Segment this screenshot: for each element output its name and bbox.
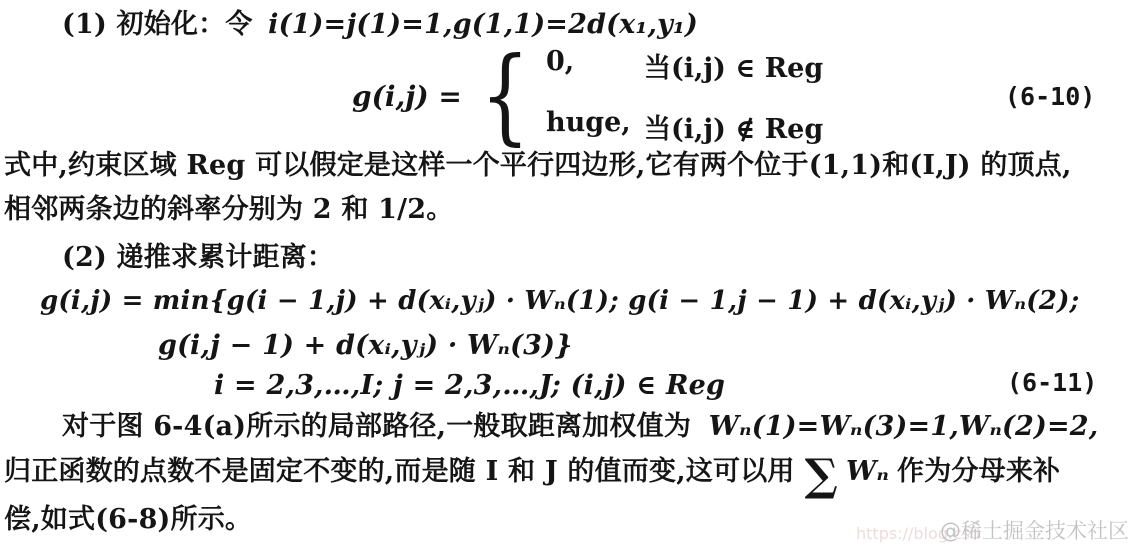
eq-6-11-line3: i = 2,3,…,I; j = 2,3,…,J; (i,j) ∈ Reg	[214, 369, 725, 403]
weights-line2-post: 作为分母来补	[897, 455, 1060, 489]
step2-heading: (2) 递推求累计距离：	[62, 241, 334, 275]
step1-label: (1) 初始化：令	[62, 9, 253, 40]
step1-paragraph: (1) 初始化：令 i(1)=j(1)=1,g(1,1)=2d(x₁,y₁)	[62, 8, 698, 42]
eq-6-11-number: (6-11)	[1007, 368, 1097, 397]
case-value: huge,	[546, 107, 644, 146]
weights-paragraph-line2: 归正函数的点数不是固定不变的,而是随 I 和 J 的值而变,这可以用 ∑ Wₙ …	[4, 450, 1060, 494]
case-condition: 当(i,j) ∉ Reg	[644, 107, 823, 146]
case-value: 0,	[546, 46, 644, 85]
weights-line1-label: 对于图 6-4(a)所示的局部路径,一般取距离加权值为	[62, 411, 691, 442]
reg-paragraph-line1: 式中,约束区域 Reg 可以假定是这样一个平行四边形,它有两个位于(1,1)和(…	[4, 149, 1072, 183]
watermark-community: @稀土掘金技术社区	[940, 515, 1129, 545]
document-page: (1) 初始化：令 i(1)=j(1)=1,g(1,1)=2d(x₁,y₁) g…	[0, 0, 1145, 553]
weights-paragraph-line3: 偿,如式(6-8)所示。	[4, 503, 252, 537]
equation-6-10: g(i,j) = { 0, 当(i,j) ∈ Reg huge, 当(i,j) …	[352, 46, 823, 146]
weights-paragraph-line1: 对于图 6-4(a)所示的局部路径,一般取距离加权值为 Wₙ(1)=Wₙ(3)=…	[62, 410, 1098, 444]
eq-6-10-number: (6-10)	[1005, 82, 1095, 111]
eq-6-10-cases: 0, 当(i,j) ∈ Reg huge, 当(i,j) ∉ Reg	[546, 46, 823, 146]
eq-6-11-line2: g(i,j − 1) + d(xᵢ,yⱼ) · Wₙ(3)}	[158, 329, 573, 363]
weights-line2-term: Wₙ	[846, 455, 889, 489]
weights-line1-math: Wₙ(1)=Wₙ(3)=1,Wₙ(2)=2,	[709, 411, 1099, 442]
eq-6-11-line1: g(i,j) = min{g(i − 1,j) + d(xᵢ,yⱼ) · Wₙ(…	[40, 285, 1079, 318]
eq-6-10-lhs: g(i,j) =	[352, 80, 462, 113]
reg-paragraph-line2: 相邻两条边的斜率分别为 2 和 1/2。	[4, 193, 453, 227]
left-brace-icon: {	[480, 49, 530, 143]
weights-line2-pre: 归正函数的点数不是固定不变的,而是随 I 和 J 的值而变,这可以用	[4, 455, 795, 489]
case-condition: 当(i,j) ∈ Reg	[644, 46, 823, 85]
